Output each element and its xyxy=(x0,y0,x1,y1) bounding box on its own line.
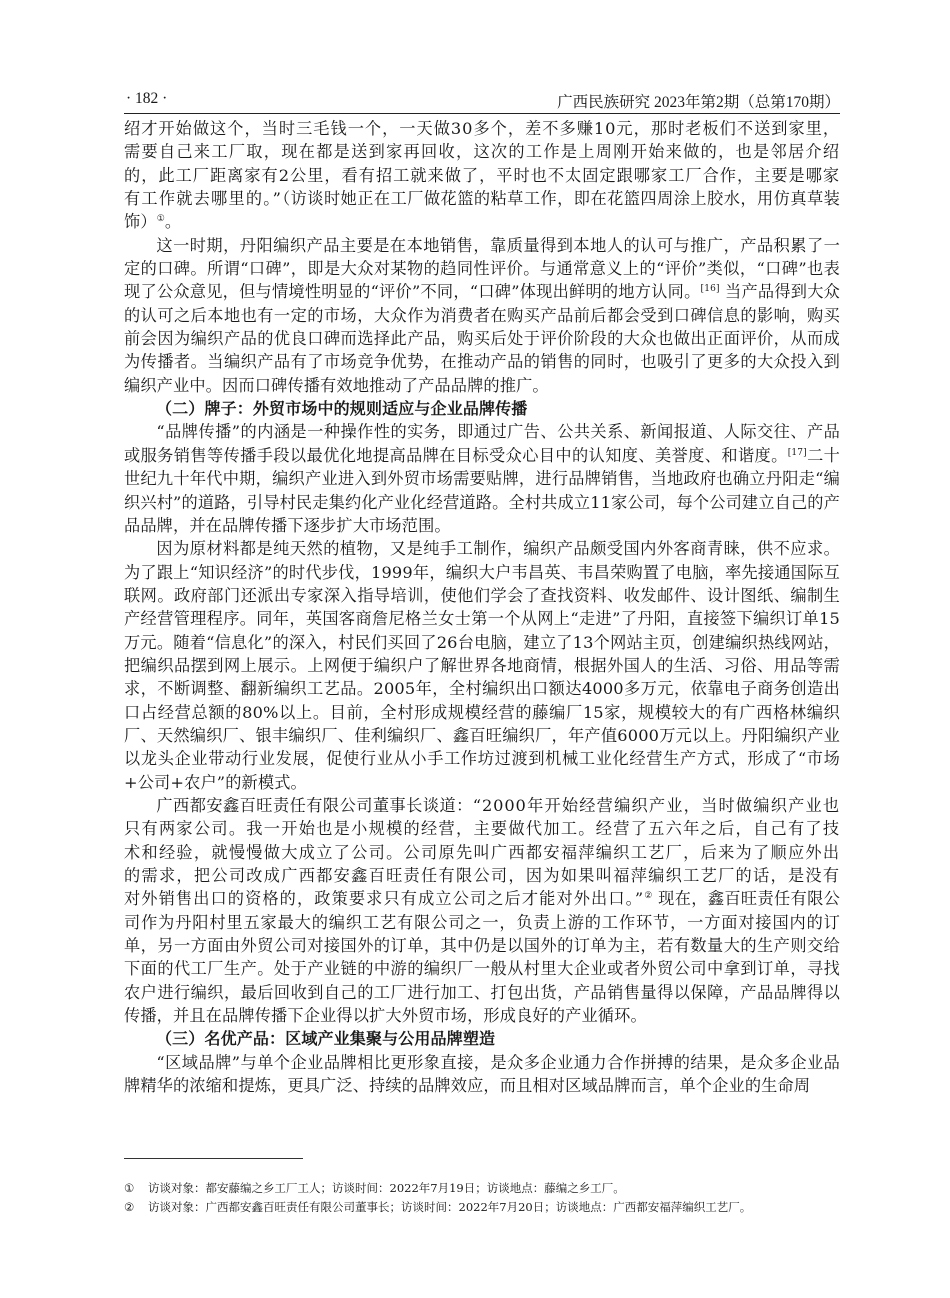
paragraph-word-of-mouth: 这一时期，丹阳编织产品主要是在本地销售，靠质量得到本地人的认可与推广，产品积累了… xyxy=(124,234,840,397)
header-divider xyxy=(124,113,840,114)
footnote-ref-2[interactable]: ② xyxy=(644,891,653,901)
article-body: 绍才开始做这个，当时三毛钱一个，一天做30多个，差不多赚10元，那时老板们不送到… xyxy=(124,117,840,1097)
paragraph-internet: 因为原材料都是纯天然的植物，又是纯手工制作，编织产品颇受国内外客商青睐，供不应求… xyxy=(124,537,840,794)
paragraph-text: 广西都安鑫百旺责任有限公司董事长谈道： xyxy=(156,796,472,815)
paragraph-regional-brand: “区域品牌”与单个企业品牌相比更形象直接，是众多企业通力合作拼搏的结果，是众多企… xyxy=(124,1051,840,1098)
paragraph-brand-communication: “品牌传播”的内涵是一种操作性的实务，即通过广告、公共关系、新闻报道、人际交往、… xyxy=(124,420,840,537)
citation-17[interactable]: [17] xyxy=(788,448,807,458)
journal-title: 广西民族研究 2023年第2期（总第170期） xyxy=(557,90,840,112)
footnote-1: ①访谈对象：都安藤编之乡工厂工人；访谈时间：2022年7月19日；访谈地点：藤编… xyxy=(124,1179,840,1198)
citation-16[interactable]: [16] xyxy=(701,284,720,294)
paragraph-interview-continued: 绍才开始做这个，当时三毛钱一个，一天做30多个，差不多赚10元，那时老板们不送到… xyxy=(124,117,840,234)
footnote-text: 访谈对象：广西都安鑫百旺责任有限公司董事长；访谈时间：2022年7月20日；访谈… xyxy=(148,1200,751,1214)
running-header: · 182 · 广西民族研究 2023年第2期（总第170期） xyxy=(124,88,840,112)
footnotes: ①访谈对象：都安藤编之乡工厂工人；访谈时间：2022年7月19日；访谈地点：藤编… xyxy=(124,1179,840,1217)
section-heading-3: （三）名优产品：区域产业集聚与公用品牌塑造 xyxy=(124,1027,840,1050)
paragraph-text: 现在，鑫百旺责任有限公司作为丹阳村里五家最大的编织工艺有限公司之一，负责上游的工… xyxy=(124,889,840,1025)
paragraph-chairman-interview: 广西都安鑫百旺责任有限公司董事长谈道：“2000年开始经营编织产业，当时做编织产… xyxy=(124,794,840,1027)
period: 。 xyxy=(165,212,181,231)
footnote-ref-1[interactable]: ① xyxy=(157,214,165,224)
section-heading-2: （二）牌子：外贸市场中的规则适应与企业品牌传播 xyxy=(124,397,840,420)
page-number: · 182 · xyxy=(126,90,167,108)
footnote-divider xyxy=(124,1158,303,1159)
footnote-2: ②访谈对象：广西都安鑫百旺责任有限公司董事长；访谈时间：2022年7月20日；访… xyxy=(124,1198,840,1217)
paragraph-text: “品牌传播”的内涵是一种操作性的实务，即通过广告、公共关系、新闻报道、人际交往、… xyxy=(124,422,840,464)
footnote-mark: ① xyxy=(124,1179,148,1198)
footnote-text: 访谈对象：都安藤编之乡工厂工人；访谈时间：2022年7月19日；访谈地点：藤编之… xyxy=(148,1181,625,1195)
footnote-mark: ② xyxy=(124,1198,148,1217)
